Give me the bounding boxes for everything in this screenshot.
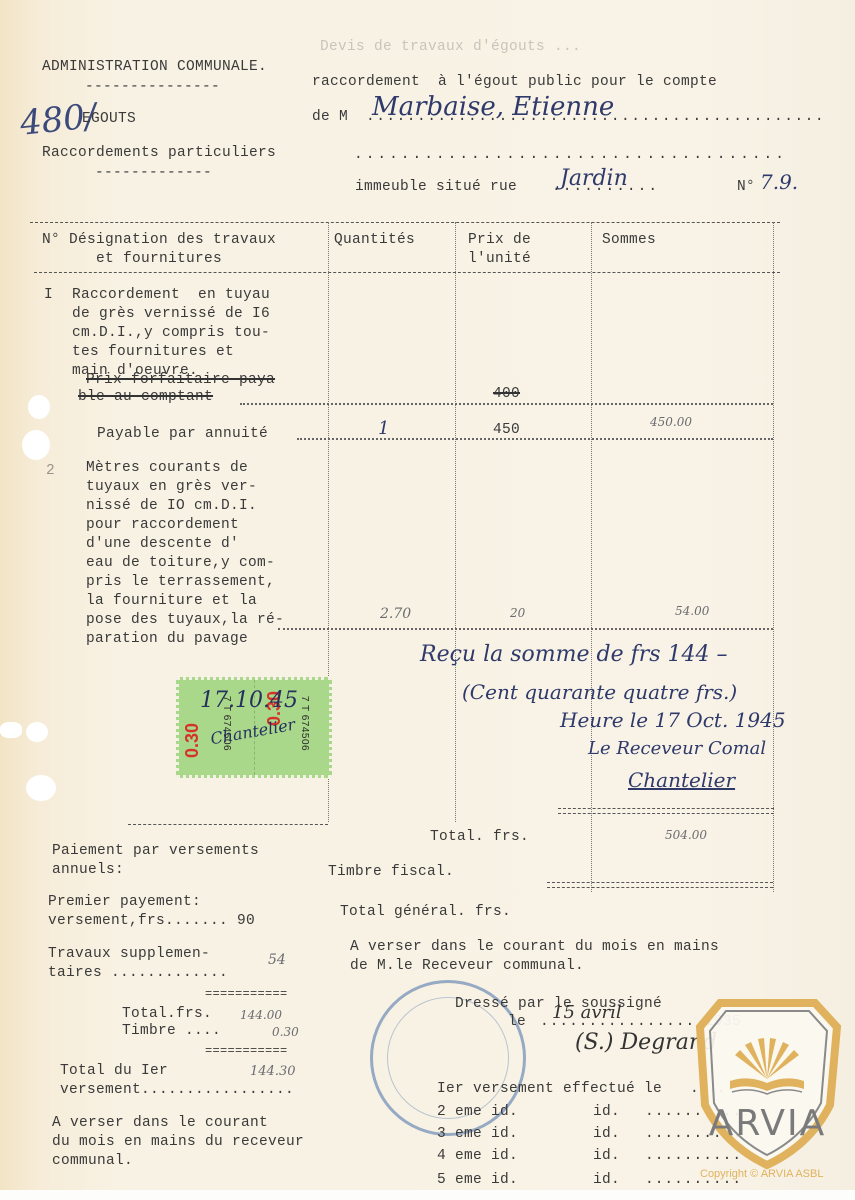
cash-price-struck: 400: [493, 385, 520, 404]
grand-total-label: Total général. frs.: [340, 903, 511, 922]
item-struck-text-2: ble au comptant: [78, 388, 213, 407]
receipt-signature: Chantelier: [628, 768, 735, 792]
punch-hole: [26, 775, 56, 801]
item-quantity: 2.70: [380, 606, 411, 622]
house-number-label: N°: [737, 178, 755, 197]
item-number: 2: [46, 462, 55, 481]
annuity-label: Payable par annuité: [97, 425, 268, 444]
receipt-line-4: Le Receveur Comal: [588, 738, 766, 759]
item-description: Raccordement en tuyau de grès vernissé d…: [72, 286, 270, 381]
installment-total-value: 144.00: [240, 1008, 282, 1022]
separator: ===========: [205, 985, 288, 1004]
copyright-notice: Copyright © ARVIA ASBL: [700, 1168, 823, 1180]
total-label: Total. frs.: [430, 828, 529, 847]
connection-line: raccordement à l'égout public pour le co…: [312, 73, 717, 92]
admin-underline: ---------------: [85, 78, 220, 97]
page-margin: [0, 1190, 855, 1200]
house-number-value: 7.9.: [760, 170, 798, 194]
item-quantity: 1: [378, 418, 389, 439]
table-header-rule: [34, 272, 780, 273]
payment-log-label: 5 eme id.: [437, 1171, 518, 1190]
column-header-quantity: Quantités: [334, 231, 415, 250]
column-divider: [591, 222, 592, 892]
payment-log-label: Ier versement effectué le: [437, 1080, 662, 1099]
fiscal-stamp-label: Timbre fiscal.: [328, 863, 454, 882]
separator: ===========: [205, 1042, 288, 1061]
punch-hole: [0, 722, 22, 738]
admin-heading: ADMINISTRATION COMMUNALE.: [42, 58, 267, 77]
client-name-label: de M: [312, 108, 348, 127]
section-underline: -------------: [95, 164, 212, 183]
street-value: Jardin: [560, 166, 628, 191]
stamp-value: 0.30: [182, 723, 203, 758]
stamp-serial: 7 T 674506: [299, 696, 310, 751]
first-payment: Premier payement: versement,frs....... 9…: [48, 893, 255, 931]
total-value: 504.00: [665, 828, 707, 842]
client-name-value: Marbaise, Etienne: [372, 92, 614, 122]
leader-dots: [297, 438, 773, 440]
stamp-fee-label: Timbre ....: [122, 1022, 221, 1041]
item-unit-price: 20: [510, 606, 525, 620]
watermark-name: ARVIA: [690, 1103, 845, 1144]
item-number: I: [44, 286, 53, 305]
payment-log-label: 3 eme id.: [437, 1125, 518, 1144]
column-divider: [773, 222, 774, 892]
arvia-watermark: ARVIA: [690, 995, 845, 1170]
extra-works-value: 54: [268, 952, 286, 968]
column-header-unit-price: Prix de l'unité: [468, 231, 531, 269]
payment-log-id: id.: [593, 1171, 620, 1190]
item-description: Mètres courants de tuyaux en grès ver- n…: [86, 459, 284, 649]
double-rule: [558, 808, 774, 814]
first-installment-total-value: 144.30: [250, 1064, 296, 1079]
section-rule: [128, 824, 328, 825]
stamp-cancel-date: 17.10.45: [200, 688, 298, 713]
payment-log-label: 2 eme id.: [437, 1103, 518, 1122]
payment-instruction: A verser dans le courant du mois en main…: [350, 938, 719, 976]
address-label: immeuble situé rue: [355, 178, 517, 197]
date-prefix: le: [508, 1013, 526, 1032]
extra-works-label: Travaux supplemen- taires .............: [48, 945, 228, 983]
column-header-amount: Sommes: [602, 231, 656, 250]
punch-hole: [22, 430, 50, 460]
column-divider: [455, 222, 456, 822]
payment-log-label: 4 eme id.: [437, 1147, 518, 1166]
receipt-line-2: (Cent quarante quatre frs.): [462, 680, 737, 704]
item-struck-text: ble au comptant: [78, 389, 213, 405]
installments-heading: Paiement par versements annuels:: [52, 842, 259, 880]
stamp-fee-value: 0.30: [272, 1025, 299, 1039]
payment-log-id: id.: [593, 1103, 620, 1122]
date-value: 15 avril: [552, 1002, 622, 1023]
client-extra-dots: .....................................: [354, 146, 787, 165]
section-heading: Raccordements particuliers: [42, 144, 276, 163]
table-top-rule: [30, 222, 780, 223]
leader-dots: [278, 628, 773, 630]
punch-hole: [28, 395, 50, 419]
item-unit-price: 450: [493, 421, 520, 440]
payment-log-id: id.: [593, 1147, 620, 1166]
department-heading: EGOUTS: [82, 110, 136, 129]
item-amount: 54.00: [675, 604, 709, 618]
faded-top-line: Devis de travaux d'égouts ...: [320, 38, 581, 57]
item-amount: 450.00: [650, 415, 692, 429]
receipt-line-3: Heure le 17 Oct. 1945: [560, 708, 786, 732]
column-header-designation: N° Désignation des travaux et fourniture…: [42, 231, 276, 269]
double-rule: [547, 882, 773, 888]
receipt-line-1: Reçu la somme de frs 144 –: [420, 642, 728, 667]
payment-log-id: id.: [593, 1125, 620, 1144]
punch-hole: [26, 722, 48, 742]
installment-instruction: A verser dans le courant du mois en main…: [52, 1114, 304, 1171]
